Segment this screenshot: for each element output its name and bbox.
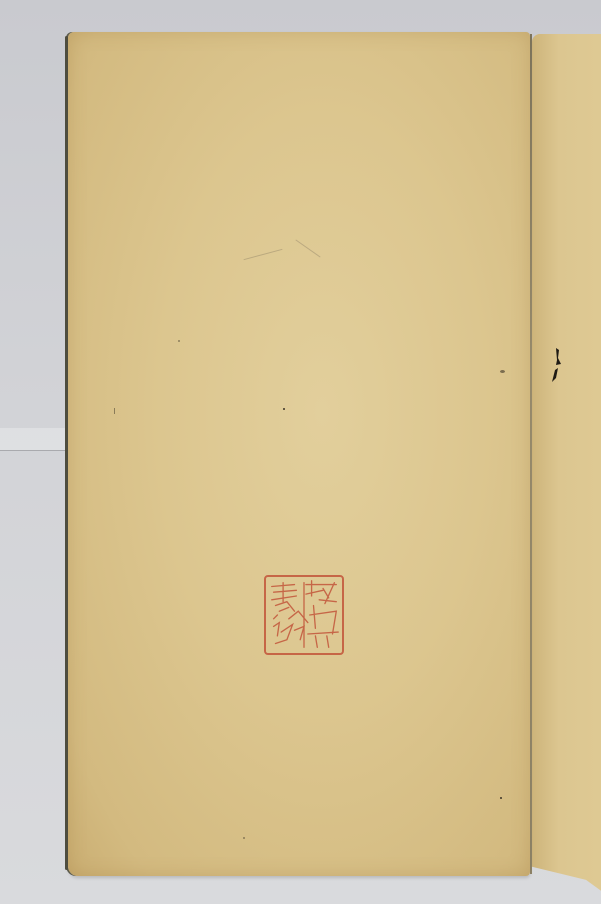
faint-mark [244, 249, 283, 260]
speck [283, 408, 285, 410]
spine-gutter [530, 34, 532, 874]
red-seal-stamp [264, 575, 344, 655]
book-page [68, 32, 530, 876]
ink-stain [550, 348, 566, 384]
seal-script-glyphs [266, 577, 342, 653]
speck [114, 408, 115, 414]
speck [178, 340, 180, 342]
facing-page [532, 34, 601, 904]
speck [500, 370, 505, 373]
speck [500, 797, 502, 799]
speck [243, 837, 245, 839]
backdrop-line [0, 450, 66, 451]
backdrop-reflection [0, 428, 66, 450]
faint-mark [295, 239, 320, 257]
